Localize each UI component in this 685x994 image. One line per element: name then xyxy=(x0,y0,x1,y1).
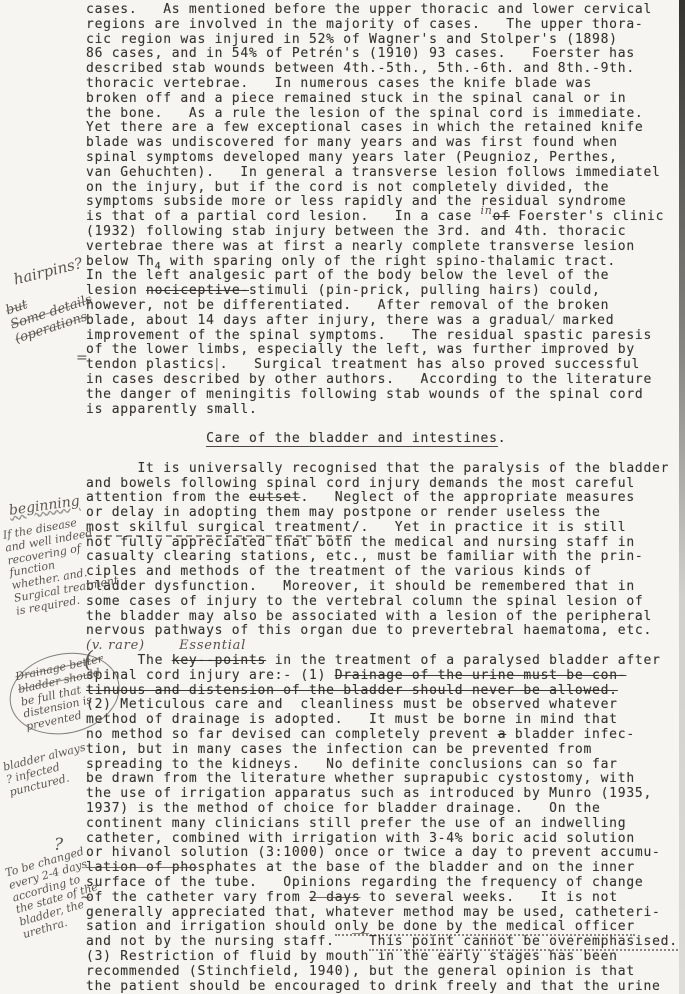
text-line: continent many clinicians still prefer t… xyxy=(86,817,682,832)
text-line: recommended (Stinchfield, 1940), but the… xyxy=(86,965,682,980)
text-line: vertebrae there was at first a nearly co… xyxy=(86,240,682,255)
text-line: most skilful surgical treatment/. Yet in… xyxy=(86,521,682,536)
text-line: spinal cord injury are:- (1) Drainage of… xyxy=(86,669,682,684)
text-line: 1937) is the method of choice for bladde… xyxy=(86,802,682,817)
text-line: cic region was injured in 52% of Wagner'… xyxy=(86,33,682,48)
margin-note-question: ? xyxy=(54,836,63,856)
handwriting-line: ? xyxy=(54,836,63,856)
handwriting-line: punctured. xyxy=(8,766,93,799)
text-line: is that of a partial cord lesion. In a c… xyxy=(86,210,682,225)
text-line: (3) Restriction of fluid by mouth in the… xyxy=(86,950,682,965)
text-line: not fully appreciated that both the medi… xyxy=(86,536,682,551)
text-line: tinuous and distension of the bladder sh… xyxy=(86,684,682,699)
typewritten-text: cases. As mentioned before the upper tho… xyxy=(86,3,682,994)
text-line: of the catheter vary from 2 days to seve… xyxy=(86,891,682,906)
text-line: of the lower limbs, especially the left,… xyxy=(86,343,682,358)
text-line: bladder dysfunction. Moreover, it should… xyxy=(86,580,682,595)
handwriting-line: beginning xyxy=(8,493,81,519)
text-line: is apparently small. xyxy=(86,403,682,418)
text-line: the bone. As a rule the lesion of the sp… xyxy=(86,107,682,122)
handwriting-line: every 2-4 days xyxy=(8,857,93,893)
document-page: cases. As mentioned before the upper tho… xyxy=(0,0,685,994)
handwriting-line: hairpins? xyxy=(12,255,84,289)
section-heading: Care of the bladder and intestines. xyxy=(86,432,682,447)
text-line: broken off and a piece remained stuck in… xyxy=(86,92,682,107)
text-line: described stab wounds between 4th.-5th.,… xyxy=(86,62,682,77)
text-line: surface of the tube. Opinions regarding … xyxy=(86,876,682,891)
text-line: cases. As mentioned before the upper tho… xyxy=(86,3,682,18)
text-line: improvement of the spinal symptoms. The … xyxy=(86,329,682,344)
text-line: the danger of meningitis following stab … xyxy=(86,388,682,403)
text-line: however, not be differentiated. After re… xyxy=(86,299,682,314)
handwriting-line: according to xyxy=(11,869,96,905)
text-line: blade was undiscovered for many years an… xyxy=(86,136,682,151)
text-line: no method so far devised can completely … xyxy=(86,728,682,743)
margin-note-some-details: butSome details(operations xyxy=(4,278,99,347)
text-line: casualty clearing stations, etc., must b… xyxy=(86,550,682,565)
text-line: Yet there are a few exceptional cases in… xyxy=(86,121,682,136)
text-line: the bladder may also be associated with … xyxy=(86,610,682,625)
text-line: ciples and methods of the treatment of t… xyxy=(86,565,682,580)
text-line: van Gehuchten). In general a transverse … xyxy=(86,166,682,181)
text-line xyxy=(86,447,682,462)
handwriting-line: ? infected xyxy=(5,754,90,787)
margin-note-beginning: beginning xyxy=(8,493,81,519)
text-line: generally appreciated that, whatever met… xyxy=(86,906,682,921)
text-line: lesion nociceptive-stimuli (pin-prick, p… xyxy=(86,284,682,299)
text-line: It is universally recognised that the pa… xyxy=(86,462,682,477)
text-line: or hivanol solution (3:1000) once or twi… xyxy=(86,846,682,861)
page-edge-shadow xyxy=(679,0,685,994)
text-line: blade, about 14 days after injury, there… xyxy=(86,314,682,329)
handwriting-line: bladder always xyxy=(2,742,87,775)
text-line: tion, but in many cases the infection ca… xyxy=(86,743,682,758)
text-line: be drawn from the literature whether sup… xyxy=(86,772,682,787)
text-line: nervous pathways of this organ due to pr… xyxy=(86,624,682,639)
text-line xyxy=(86,417,682,432)
text-line: below Th4 with sparing only of the right… xyxy=(86,255,682,270)
text-line: spreading to the kidneys. No definite co… xyxy=(86,758,682,773)
handwriting-line: To be changed xyxy=(4,845,89,881)
text-line: (1932) following stab injury between the… xyxy=(86,225,682,240)
inserted-annotation: (v. rare) Essential xyxy=(86,639,682,654)
text-line: method of drainage is adopted. It must b… xyxy=(86,713,682,728)
text-line: the patient should be encouraged to drin… xyxy=(86,980,682,994)
text-line: The key--points in the treatment of a pa… xyxy=(86,654,682,669)
text-line: and not by the nursing staff. This point… xyxy=(86,935,682,950)
text-line: thoracic vertebrae. In numerous cases th… xyxy=(86,77,682,92)
text-line: and bowels following spinal cord injury … xyxy=(86,477,682,492)
text-line: In the left analgesic part of the body b… xyxy=(86,269,682,284)
text-line: attention from the eutset. Neglect of th… xyxy=(86,491,682,506)
handwriting-line: but xyxy=(4,278,89,319)
text-line: lation of phosphates at the base of the … xyxy=(86,861,682,876)
text-line: tendon plastics|. Surgical treatment has… xyxy=(86,358,682,373)
text-line: (2) Meticulous care and cleanliness must… xyxy=(86,698,682,713)
text-line: regions are involved in the majority of … xyxy=(86,18,682,33)
text-line: 86 cases, and in 54% of Petrén's (1910) … xyxy=(86,47,682,62)
text-line: sation and irrigation should only be don… xyxy=(86,920,682,935)
margin-note-bladder-infected: bladder always? infectedpunctured. xyxy=(2,742,93,800)
text-line: on the injury, but if the cord is not co… xyxy=(86,181,682,196)
handwriting-line: Some details xyxy=(9,292,94,333)
text-line: or delay in adopting them may postpone o… xyxy=(86,506,682,521)
text-line: symptoms subside more or less rapidly an… xyxy=(86,195,682,210)
text-line: some cases of injury to the vertebral co… xyxy=(86,595,682,610)
margin-note-hairpins: hairpins? xyxy=(12,255,84,289)
text-line: the use of irrigation apparatus such as … xyxy=(86,787,682,802)
text-line: spinal symptoms developed many years lat… xyxy=(86,151,682,166)
text-line: in cases described by other authors. Acc… xyxy=(86,373,682,388)
text-line: catheter, combined with irrigation with … xyxy=(86,832,682,847)
